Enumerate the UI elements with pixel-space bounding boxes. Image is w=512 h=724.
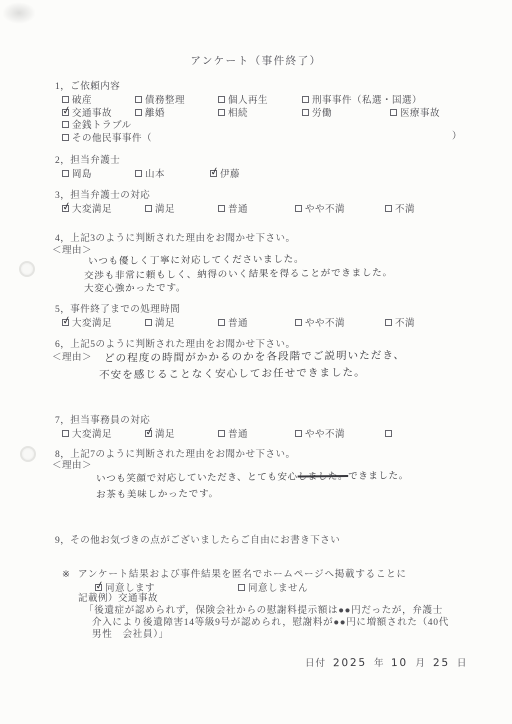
option-label: 満足 <box>155 315 175 329</box>
checkbox[interactable]: ✓ <box>135 109 142 116</box>
checkbox-checked[interactable]: ✓ <box>210 170 217 177</box>
q5-options-row: ✓大変満足✓満足✓普通✓やや不満✓不満 <box>62 317 445 327</box>
punch-hole-bottom <box>20 446 36 462</box>
option-label: 大変満足 <box>72 315 112 329</box>
option-label: 伊藤 <box>220 166 240 180</box>
option-大変満足[interactable]: ✓大変満足 <box>62 201 145 215</box>
q8-answer-struck-text: しました。 <box>298 471 349 483</box>
option-label: 医療事故 <box>400 105 440 119</box>
option-label: 大変満足 <box>72 201 112 215</box>
q8-reason-label: ＜理由＞ <box>52 461 92 472</box>
consent-example-line1: 「後遺症が認められず，保険会社からの慰謝料提示額は●●円だったが，弁護士 <box>84 606 443 617</box>
option-債務整理[interactable]: ✓債務整理 <box>135 92 218 106</box>
checkbox-checked[interactable]: ✓ <box>145 430 152 437</box>
option-label: 岡島 <box>72 166 92 180</box>
option-label: やや不満 <box>305 201 345 215</box>
check-mark-icon: ✓ <box>94 579 105 592</box>
option-不満[interactable]: ✓不満 <box>385 201 445 215</box>
q4-reason-label: ＜理由＞ <box>52 246 92 257</box>
option-label: 同意しません <box>248 580 308 594</box>
q8-heading: 8，上記7のように判断された理由をお聞かせ下さい。 <box>55 450 296 461</box>
q4-answer-line2: 交渉も非常に頼もしく、納得のいく結果を得ることができました。 <box>84 268 393 282</box>
option-label: 普通 <box>228 201 248 215</box>
option-満足[interactable]: ✓満足 <box>145 201 218 215</box>
option-やや不満[interactable]: ✓やや不満 <box>295 315 385 329</box>
option-満足[interactable]: ✓満足 <box>145 315 218 329</box>
q6-answer-line1: どの程度の時間がかかるのかを各段階でご説明いただき、 <box>104 350 405 365</box>
q1-other-close-paren: ） <box>452 132 462 143</box>
q6-heading: 6，上記5のように判断された理由をお聞かせ下さい。 <box>55 340 296 351</box>
checkbox[interactable]: ✓ <box>145 319 152 326</box>
option-満足[interactable]: ✓満足 <box>145 426 218 440</box>
checkbox[interactable]: ✓ <box>135 96 142 103</box>
date-day-unit: 日 <box>457 655 468 669</box>
option-label: 刑事事件（私選・国選） <box>312 92 422 106</box>
date-label: 日付 <box>305 655 326 669</box>
q4-answer-line3: 大変心強かったです。 <box>84 283 186 295</box>
date-year-value: 2025 <box>333 657 367 670</box>
option-金銭トラブル[interactable]: ✓金銭トラブル <box>62 117 192 131</box>
q7-options-row: ✓大変満足✓満足✓普通✓やや不満✓ <box>62 428 405 438</box>
check-mark-icon: ✓ <box>61 314 72 327</box>
option-label: 普通 <box>228 426 248 440</box>
checkbox[interactable]: ✓ <box>295 430 302 437</box>
date-month-unit: 月 <box>415 655 426 669</box>
option-普通[interactable]: ✓普通 <box>218 426 295 440</box>
checkbox[interactable]: ✓ <box>62 170 69 177</box>
date-month-value: 10 <box>391 657 408 669</box>
consent-example-line3: 男性 会社員）」 <box>92 630 169 641</box>
consent-options-row: ✓同意します✓同意しません <box>95 582 358 592</box>
q6-reason-label: ＜理由＞ <box>52 353 92 364</box>
checkbox[interactable]: ✓ <box>218 205 225 212</box>
scanned-survey-page: アンケート（事件終了） 1，ご依頼内容 ✓破産✓債務整理✓個人再生✓刑事事件（私… <box>0 0 512 724</box>
option-label: 山本 <box>145 166 165 180</box>
q9-heading: 9，その他お気づきの点がございましたらご自由にお書き下さい <box>55 536 340 547</box>
q2-options-row: ✓岡島✓山本✓伊藤 <box>62 168 280 178</box>
option-普通[interactable]: ✓普通 <box>218 315 295 329</box>
option-label: やや不満 <box>305 315 345 329</box>
page-title: アンケート（事件終了） <box>0 56 512 68</box>
option-label: 同意します <box>105 580 155 594</box>
option-label: 普通 <box>228 315 248 329</box>
q6-answer-line2: 不安を感じることなく安心してお任せできました。 <box>99 368 366 382</box>
checkbox[interactable]: ✓ <box>218 96 225 103</box>
q3-options-row: ✓大変満足✓満足✓普通✓やや不満✓不満 <box>62 203 445 213</box>
checkbox[interactable]: ✓ <box>385 319 392 326</box>
checkbox[interactable]: ✓ <box>62 430 69 437</box>
option-label: やや不満 <box>305 426 345 440</box>
checkbox[interactable]: ✓ <box>390 109 397 116</box>
checkbox[interactable]: ✓ <box>218 430 225 437</box>
consent-example-label: 記載例）交通事故 <box>78 594 158 605</box>
punch-hole-top <box>19 261 35 277</box>
option-label: 金銭トラブル <box>72 117 132 131</box>
checkbox[interactable]: ✓ <box>218 319 225 326</box>
option-労働[interactable]: ✓労働 <box>302 105 390 119</box>
check-mark-icon: ✓ <box>209 165 220 178</box>
checkbox[interactable]: ✓ <box>295 319 302 326</box>
option-伊藤[interactable]: ✓伊藤 <box>210 166 280 180</box>
checkbox[interactable]: ✓ <box>62 134 69 141</box>
checkbox[interactable]: ✓ <box>238 584 245 591</box>
checkbox[interactable]: ✓ <box>218 109 225 116</box>
checkbox[interactable]: ✓ <box>145 205 152 212</box>
consent-note-mark: ※ <box>62 570 70 581</box>
option-破産[interactable]: ✓破産 <box>62 92 135 106</box>
option-同意します[interactable]: ✓同意します <box>95 580 238 594</box>
checkbox[interactable]: ✓ <box>385 205 392 212</box>
option-label: 破産 <box>72 92 92 106</box>
option-やや不満[interactable]: ✓やや不満 <box>295 201 385 215</box>
q1-options-row3: ✓金銭トラブル <box>62 119 192 129</box>
option-不満[interactable]: ✓不満 <box>385 315 445 329</box>
option-label: 債務整理 <box>145 92 185 106</box>
checkbox[interactable]: ✓ <box>385 430 392 437</box>
date-day-value: 25 <box>433 657 450 669</box>
checkbox-checked[interactable]: ✓ <box>62 205 69 212</box>
option-刑事事件（私選・国選）[interactable]: ✓刑事事件（私選・国選） <box>302 92 472 106</box>
checkbox[interactable]: ✓ <box>62 96 69 103</box>
consent-example-line2: 介入により後遺障害14等級9号が認められ，慰謝料が●●円に増額された（40代 <box>92 618 449 629</box>
checkbox[interactable]: ✓ <box>302 96 309 103</box>
option-label: 相続 <box>228 105 248 119</box>
q4-answer-line1: いつも優しく丁寧に対応してくださいました。 <box>88 255 305 268</box>
option-大変満足[interactable]: ✓大変満足 <box>62 426 145 440</box>
checkbox-checked[interactable]: ✓ <box>62 319 69 326</box>
option-blank[interactable]: ✓ <box>385 430 405 437</box>
checkbox-checked[interactable]: ✓ <box>95 584 102 591</box>
date-line: 日付 2025 年 10 月 25 日 <box>305 655 467 669</box>
q1-options-row2: ✓交通事故✓離婚✓相続✓労働✓医療事故 <box>62 107 470 117</box>
option-医療事故[interactable]: ✓医療事故 <box>390 105 470 119</box>
checkbox[interactable]: ✓ <box>135 170 142 177</box>
option-大変満足[interactable]: ✓大変満足 <box>62 315 145 329</box>
q8-answer-before: いつも笑顔で対応していただき、とても安心 <box>96 472 298 485</box>
option-label: 不満 <box>395 315 415 329</box>
option-個人再生[interactable]: ✓個人再生 <box>218 92 302 106</box>
option-やや不満[interactable]: ✓やや不満 <box>295 426 385 440</box>
checkbox[interactable]: ✓ <box>295 205 302 212</box>
option-label: 大変満足 <box>72 426 112 440</box>
option-label: 満足 <box>155 201 175 215</box>
option-山本[interactable]: ✓山本 <box>135 166 210 180</box>
option-その他民事事件（[interactable]: ✓その他民事事件（ <box>62 130 232 144</box>
check-mark-icon: ✓ <box>61 200 72 213</box>
option-普通[interactable]: ✓普通 <box>218 201 295 215</box>
scan-smudge <box>2 2 36 24</box>
check-mark-icon: ✓ <box>144 425 155 438</box>
check-mark-icon: ✓ <box>61 104 72 117</box>
option-label: 個人再生 <box>228 92 268 106</box>
q8-answer-line2: お茶も美味しかったです。 <box>96 489 219 501</box>
date-year-unit: 年 <box>374 655 385 669</box>
q8-answer-line1: いつも笑顔で対応していただき、とても安心しました。できました。 <box>96 471 409 485</box>
option-同意しません[interactable]: ✓同意しません <box>238 580 358 594</box>
option-label: 満足 <box>155 426 175 440</box>
checkbox[interactable]: ✓ <box>62 121 69 128</box>
option-label: 不満 <box>395 201 415 215</box>
option-label: 労働 <box>312 105 332 119</box>
q1-options-row4: ✓その他民事事件（ <box>62 132 232 142</box>
checkbox-checked[interactable]: ✓ <box>62 109 69 116</box>
option-岡島[interactable]: ✓岡島 <box>62 166 135 180</box>
option-相続[interactable]: ✓相続 <box>218 105 302 119</box>
checkbox[interactable]: ✓ <box>302 109 309 116</box>
q1-options-row1: ✓破産✓債務整理✓個人再生✓刑事事件（私選・国選） <box>62 94 472 104</box>
option-label: その他民事事件（ <box>72 130 152 144</box>
q8-answer-after: できました。 <box>348 470 409 482</box>
q4-heading: 4，上記3のように判断された理由をお聞かせ下さい。 <box>55 234 296 245</box>
